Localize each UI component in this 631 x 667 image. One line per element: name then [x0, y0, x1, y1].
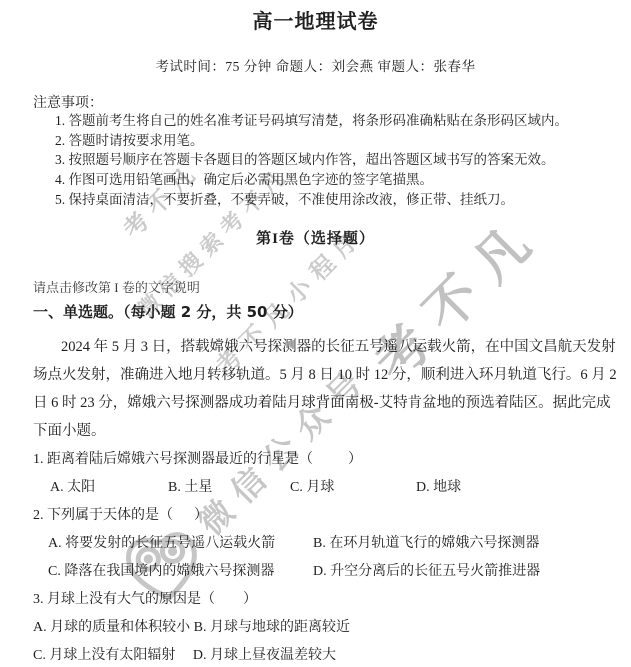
question-2-option-b: B. 在环月轨道飞行的嫦娥六号探测器 — [313, 530, 611, 558]
notice-item-3: 3. 按照题号顺序在答题卡各题目的答题区域内作答，超出答题区域书写的答案无效。 — [55, 150, 611, 170]
exam-info-line: 考试时间：75 分钟 命题人：刘会燕 审题人：张春华 — [0, 55, 631, 75]
question-2-option-d: D. 升空分离后的长征五号火箭推进器 — [313, 558, 611, 586]
question-1-option-a: A. 太阳 — [50, 474, 168, 502]
exam-paper-page: 考不凡 微信搜索考不凡 考不凡小程序 微信公众号 考不凡 高一地理试卷 考试时间… — [0, 0, 631, 667]
passage-line-1: 2024 年 5 月 3 日，搭载嫦娥六号探测器的长征五号遥八运载火箭，在中国文… — [33, 333, 603, 361]
part-heading: 一、单选题。（每小题 2 分，共 50 分） — [33, 301, 303, 322]
edit-section-hint[interactable]: 请点击修改第 I 卷的文字说明 — [33, 277, 200, 296]
notice-item-1: 1. 答题前考生将自己的姓名准考证号码填写清楚，将条形码准确粘贴在条形码区域内。 — [55, 111, 611, 131]
question-1-option-c: C. 月球 — [290, 474, 416, 502]
question-2-stem: 2. 下列属于天体的是（ ） — [33, 502, 611, 530]
passage-line-3: 日 6 时 23 分，嫦娥六号探测器成功着陆月球背面南极-艾特肯盆地的预选着陆区… — [33, 389, 603, 417]
question-3-options-row-1: A. 月球的质量和体积较小 B. 月球与地球的距离较近 — [33, 614, 611, 642]
notice-list: 1. 答题前考生将自己的姓名准考证号码填写清楚，将条形码准确粘贴在条形码区域内。… — [55, 111, 611, 210]
notice-item-4: 4. 作图可选用铅笔画出，确定后必需用黑色字迹的签字笔描黑。 — [55, 170, 611, 190]
passage: 2024 年 5 月 3 日，搭载嫦娥六号探测器的长征五号遥八运载火箭，在中国文… — [33, 333, 603, 445]
question-1-option-b: B. 土星 — [168, 474, 290, 502]
notice-heading: 注意事项： — [33, 92, 103, 112]
notice-item-5: 5. 保持桌面清洁，不要折叠，不要弄破，不准使用涂改液，修正带、挂纸刀。 — [55, 190, 611, 210]
question-3-stem: 3. 月球上没有大气的原因是（ ） — [33, 586, 611, 614]
question-2-option-c: C. 降落在我国境内的嫦娥六号探测器 — [48, 558, 313, 586]
question-2-options-row-2: C. 降落在我国境内的嫦娥六号探测器 D. 升空分离后的长征五号火箭推进器 — [33, 558, 611, 586]
notice-item-2: 2. 答题时请按要求用笔。 — [55, 131, 611, 151]
passage-line-2: 场点火发射，准确进入地月转移轨道。5 月 8 日 10 时 12 分，顺利进入环… — [33, 361, 603, 389]
question-2-options-row-1: A. 将要发射的长征五号遥八运载火箭 B. 在环月轨道飞行的嫦娥六号探测器 — [33, 530, 611, 558]
page-title: 高一地理试卷 — [0, 5, 631, 34]
question-3-options-row-2: C. 月球上没有太阳辐射 D. 月球上昼夜温差较大 — [33, 642, 611, 667]
question-2-option-a: A. 将要发射的长征五号遥八运载火箭 — [48, 530, 313, 558]
question-list: 1. 距离着陆后嫦娥六号探测器最近的行星是（ ） A. 太阳 B. 土星 C. … — [33, 446, 611, 667]
question-1-options: A. 太阳 B. 土星 C. 月球 D. 地球 — [33, 474, 611, 502]
passage-line-4: 下面小题。 — [33, 417, 603, 445]
question-1-stem: 1. 距离着陆后嫦娥六号探测器最近的行星是（ ） — [33, 446, 611, 474]
section-title: 第I卷（选择题） — [0, 227, 631, 248]
question-1-option-d: D. 地球 — [416, 474, 611, 502]
